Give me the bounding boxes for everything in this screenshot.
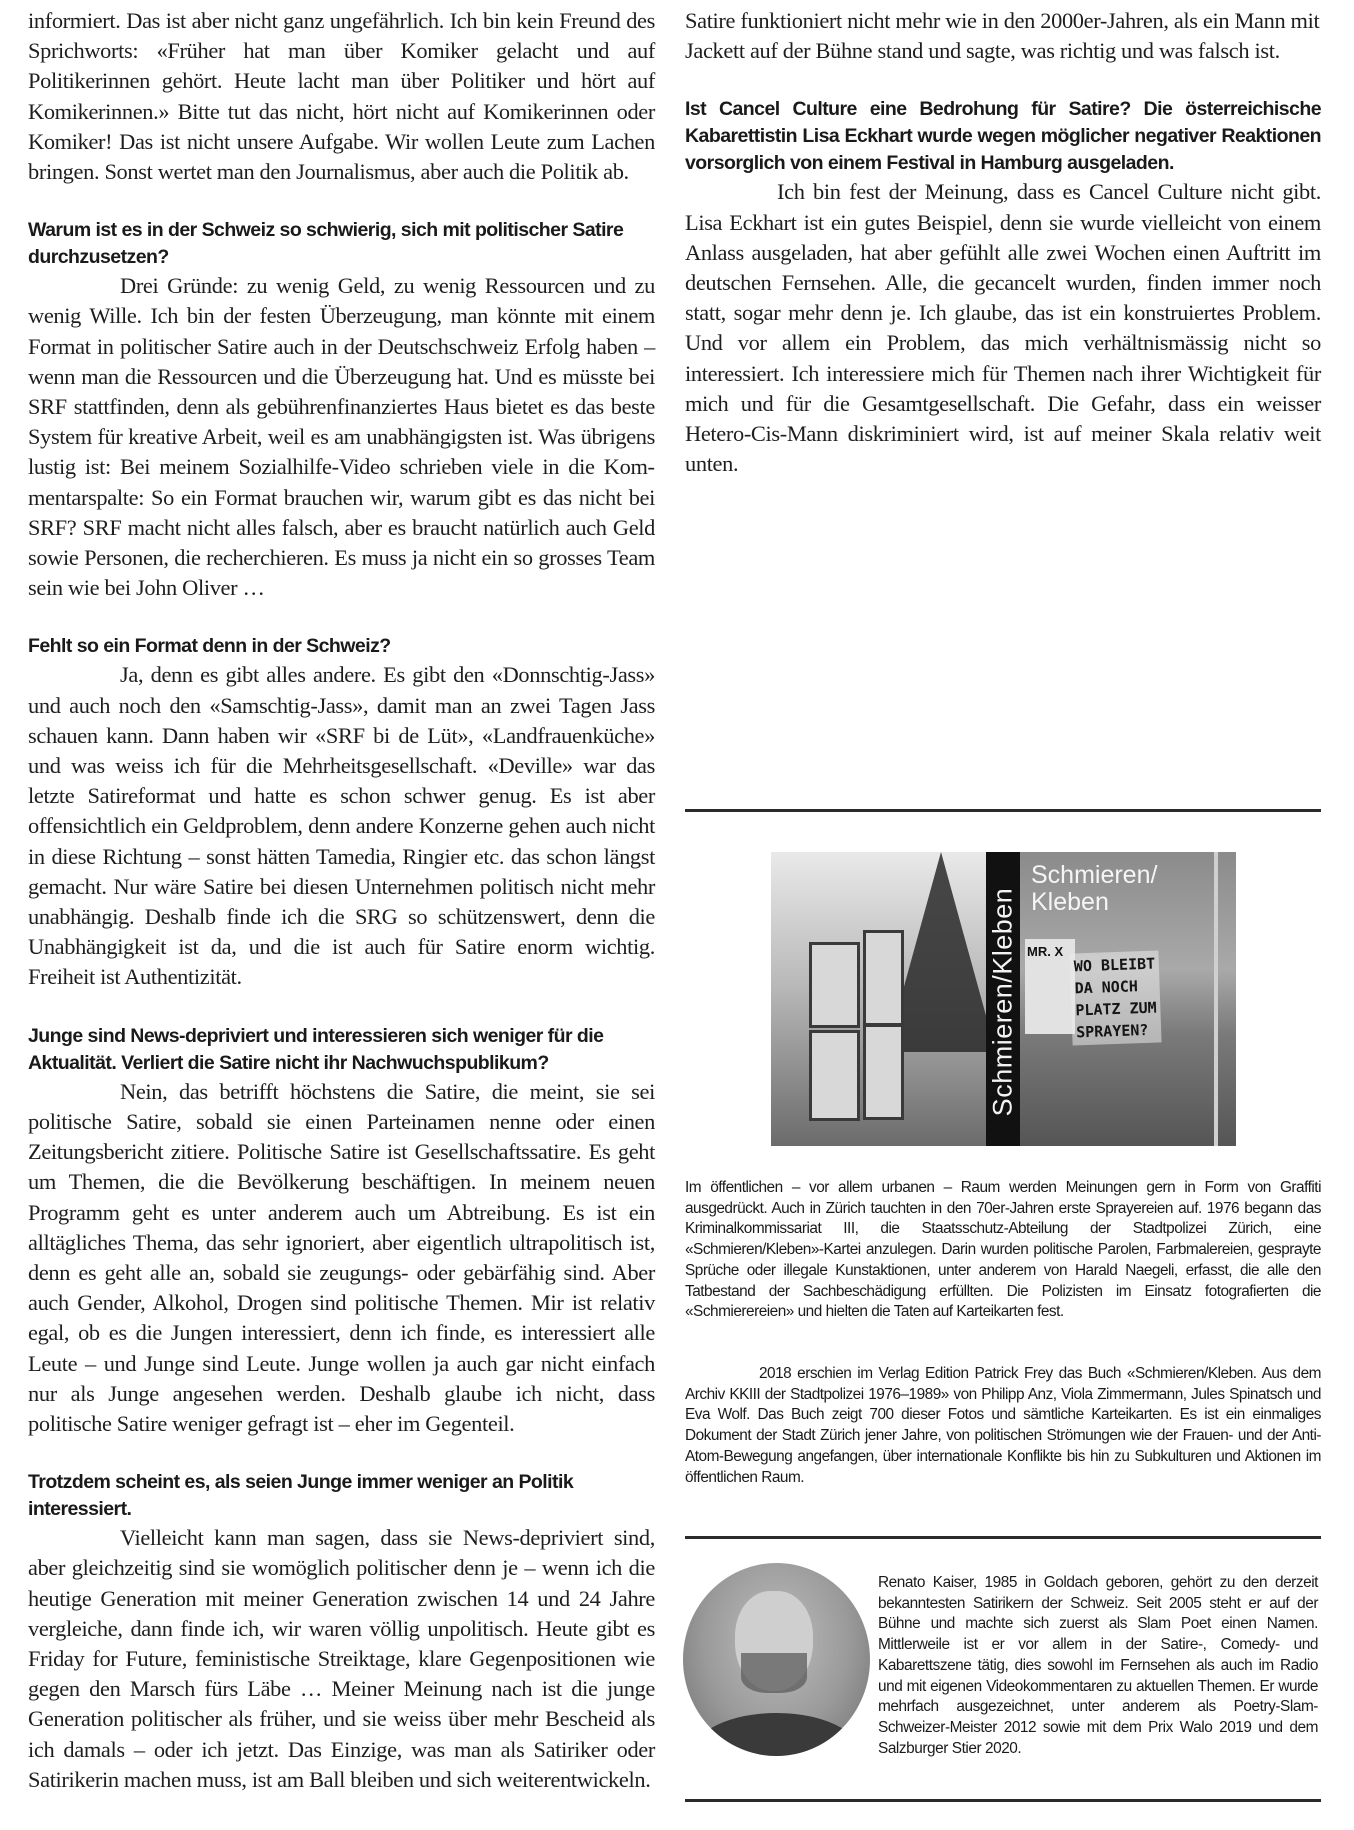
question-young-politics: Trotzdem scheint es, als seien Junge imm… <box>28 1469 655 1523</box>
billboard-lower-2 <box>863 1024 904 1120</box>
answer-young-audience: Nein, das betrifft höchstens die Satire,… <box>28 1077 655 1439</box>
author-bio: Renato Kaiser, 1985 in Goldach geboren, … <box>878 1573 1318 1759</box>
street-pole <box>1214 852 1218 1146</box>
cover-title: Schmieren/ Kleben <box>1031 862 1157 916</box>
answer-format-missing: Ja, denn es gibt alles andere. Es gibt d… <box>28 660 655 992</box>
portrait-shirt <box>693 1713 860 1756</box>
cover-title-line2: Kleben <box>1031 889 1157 916</box>
left-column: informiert. Das ist aber nicht ganz unge… <box>28 6 655 1795</box>
intro-paragraph-right: Satire funktioniert nicht mehr wie in de… <box>685 6 1321 66</box>
answer-swiss-satire: Drei Gründe: zu wenig Geld, zu wenig Res… <box>28 271 655 603</box>
cover-title-line1: Schmieren/ <box>1031 862 1157 889</box>
book-cover-image: Schmieren/Kleben Schmieren/ Kleben MR. X… <box>771 852 1236 1146</box>
poster-label: MR. X <box>1027 944 1063 959</box>
divider-rule <box>685 809 1321 812</box>
graffiti-line: DA NOCH <box>1074 975 1156 1000</box>
divider-rule <box>685 1799 1321 1802</box>
intro-paragraph: informiert. Das ist aber nicht ganz unge… <box>28 6 655 187</box>
divider-rule <box>685 1536 1321 1539</box>
graffiti-line: SPRAYEN? <box>1076 1019 1158 1044</box>
billboard-upper-2 <box>863 930 904 1026</box>
graffiti-line: PLATZ ZUM <box>1075 997 1157 1022</box>
spine-title: Schmieren/Kleben <box>988 888 1019 1117</box>
image-caption-1: Im öffentlichen – vor allem urbanen – Ra… <box>685 1178 1321 1323</box>
billboard-lower <box>809 1030 860 1121</box>
author-portrait <box>683 1563 870 1756</box>
question-cancel-culture: Ist Cancel Culture eine Bedrohung für Sa… <box>685 96 1321 177</box>
question-format-missing: Fehlt so ein Format denn in der Schweiz? <box>28 633 655 660</box>
portrait-beard <box>741 1653 807 1693</box>
question-swiss-satire: Warum ist es in der Schweiz so schwierig… <box>28 217 655 271</box>
image-caption-2: 2018 erschien im Verlag Edition Patrick … <box>685 1364 1321 1488</box>
right-column: Satire funktioniert nicht mehr wie in de… <box>685 6 1321 479</box>
graffiti-line: WO BLEIBT <box>1073 953 1155 978</box>
billboard-upper <box>809 942 860 1028</box>
graffiti-text: WO BLEIBT DA NOCH PLATZ ZUM SPRAYEN? <box>1069 950 1161 1045</box>
question-young-audience: Junge sind News-depriviert und interessi… <box>28 1023 655 1077</box>
answer-cancel-culture: Ich bin fest der Meinung, dass es Cancel… <box>685 177 1321 479</box>
answer-young-politics: Vielleicht kann man sagen, dass sie News… <box>28 1523 655 1795</box>
